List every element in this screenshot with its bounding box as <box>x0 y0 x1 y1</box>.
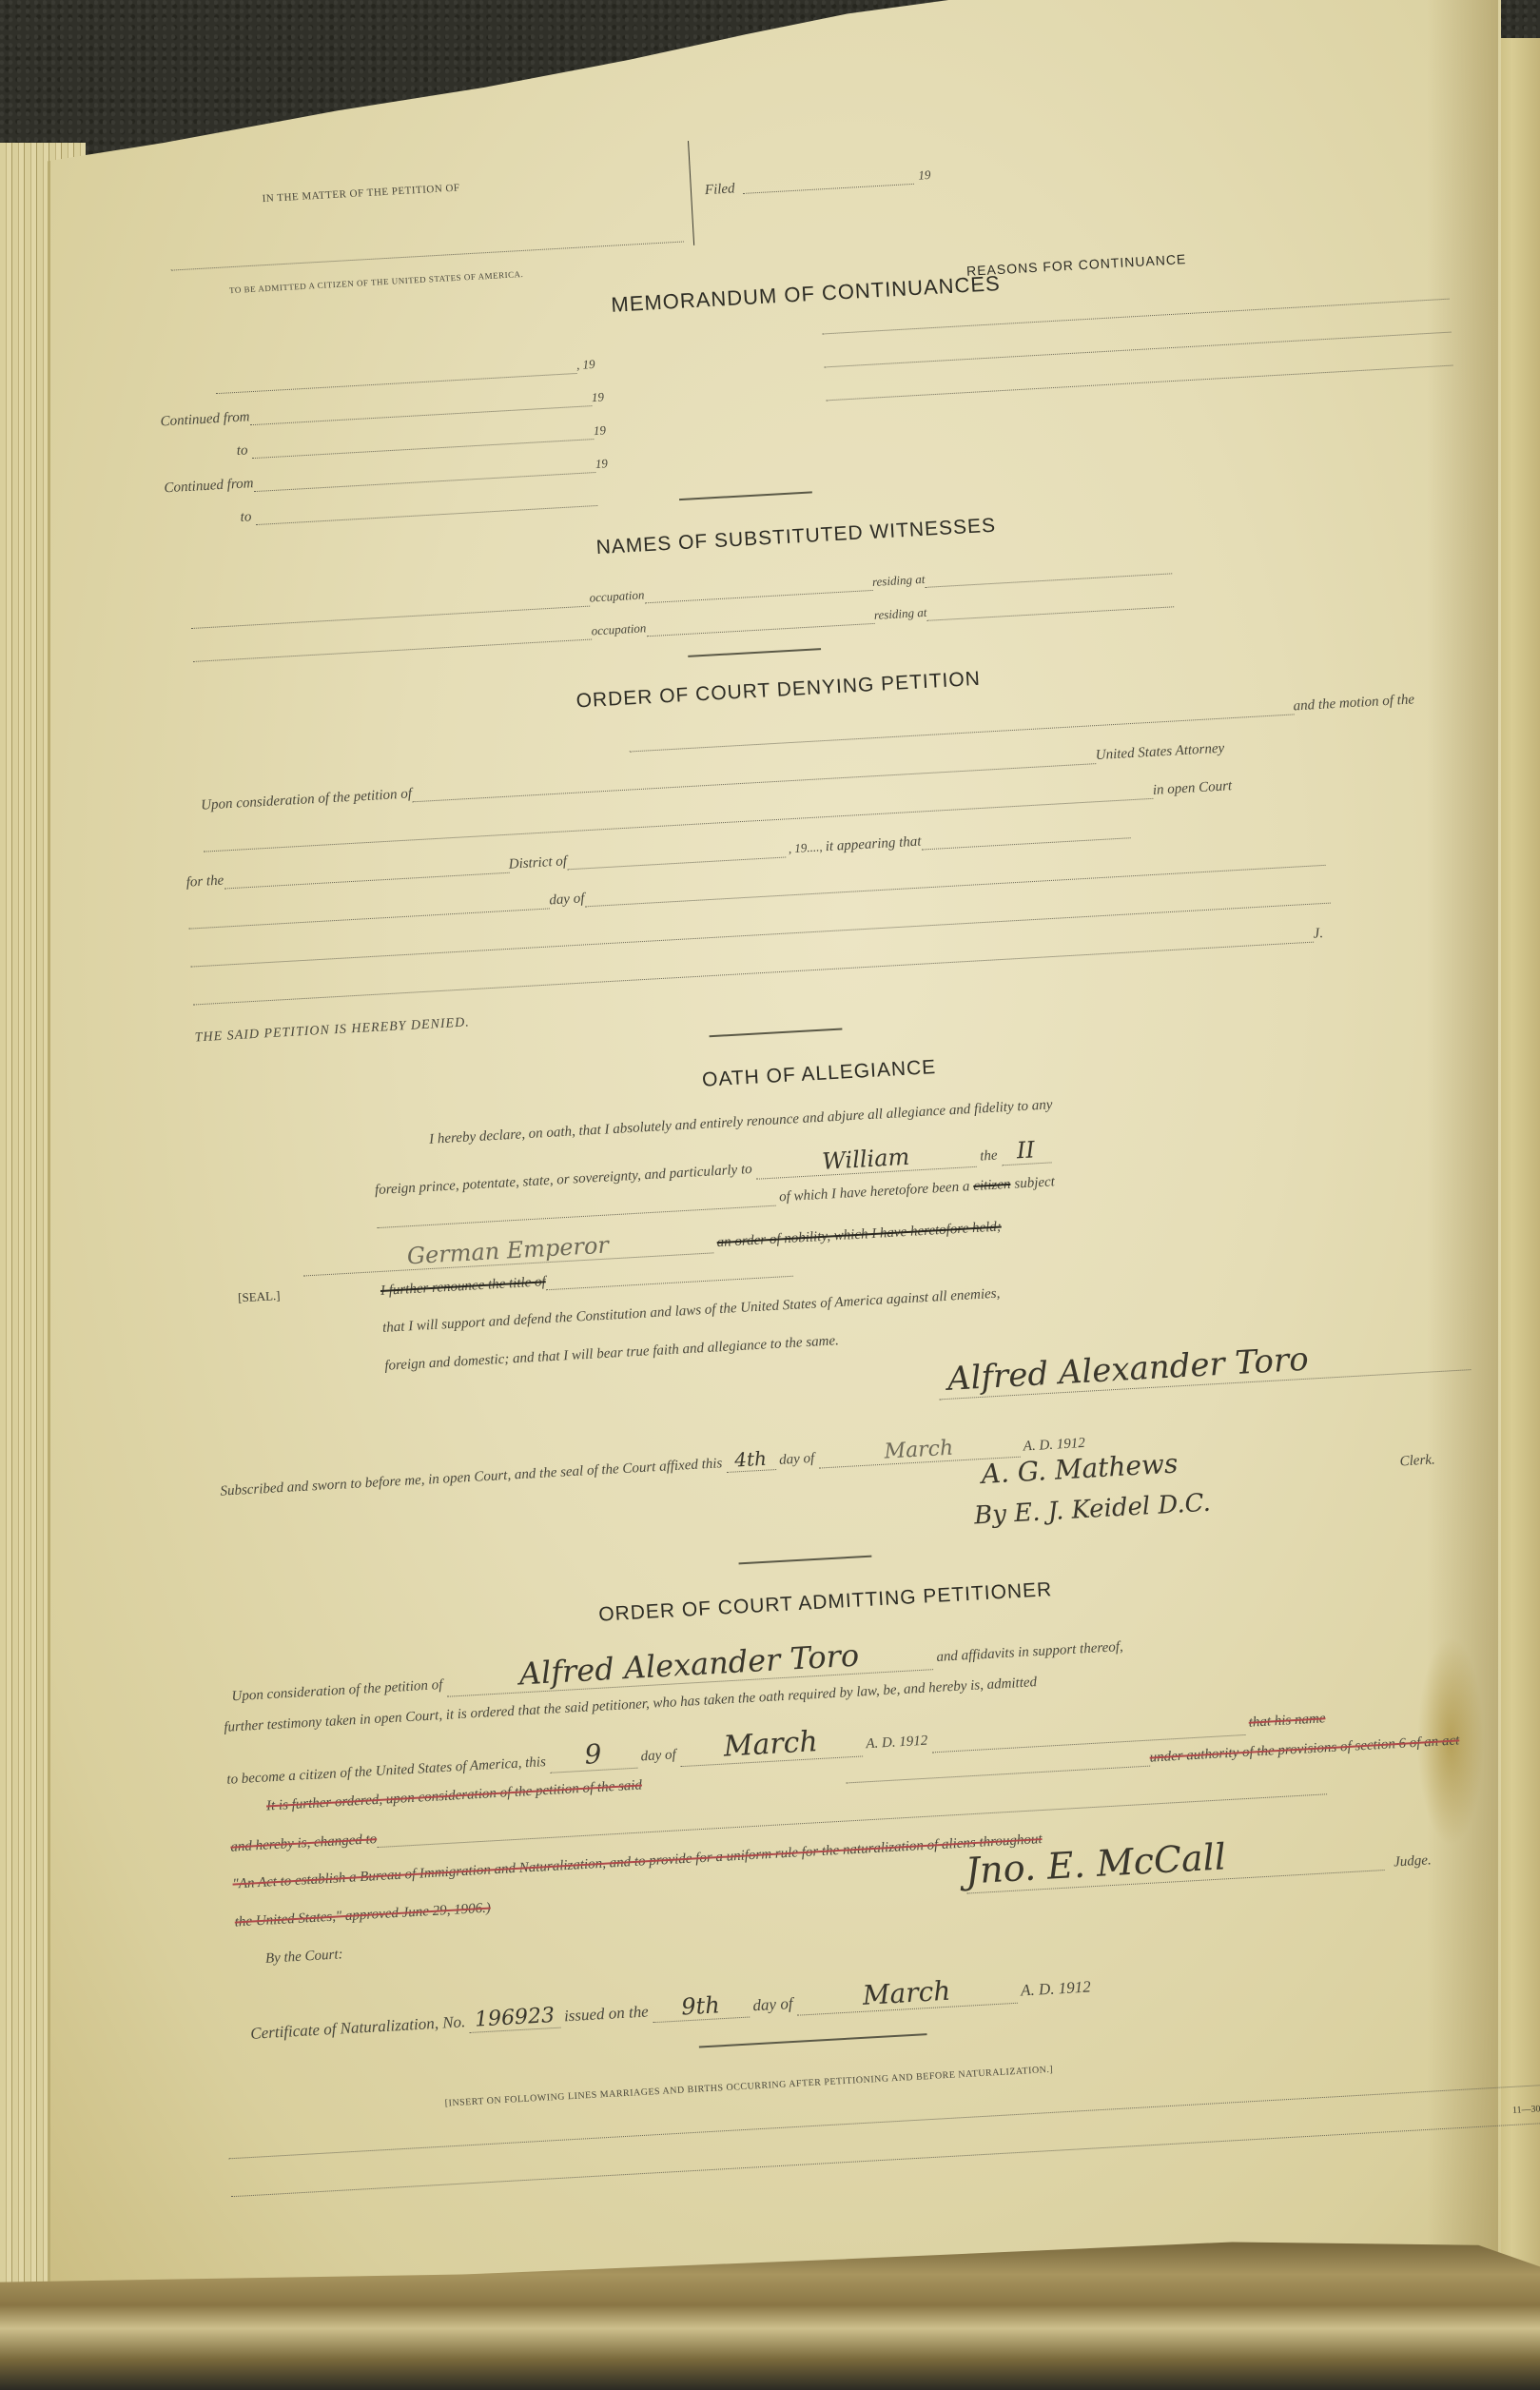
continuance-row: , 19 <box>215 356 595 394</box>
certificate-month-field: March <box>795 1971 1018 2016</box>
petitioner-name-field <box>171 241 684 270</box>
continuance-row: Continued from 19 <box>164 455 608 497</box>
reasons-label: REASONS FOR CONTINUANCE <box>966 251 1187 279</box>
header-bracket <box>688 141 694 245</box>
struck-citizen: citizen <box>973 1177 1011 1194</box>
petitioner-signature: Alfred Alexander Toro <box>946 1341 1310 1399</box>
certificate-number-field: 196923 <box>468 2004 560 2033</box>
witnesses-title: NAMES OF SUBSTITUTED WITNESSES <box>595 515 997 559</box>
memorandum-title: MEMORANDUM OF CONTINUANCES <box>611 271 1002 318</box>
section-divider <box>739 1556 872 1565</box>
filed-label: Filed <box>705 181 736 199</box>
insert-note: [INSERT ON FOLLOWING LINES MARRIAGES AND… <box>444 2065 1053 2109</box>
continuance-row: to 19 <box>162 421 606 463</box>
struck-approval-date: the United States," approved June 29, 19… <box>234 1901 491 1931</box>
sovereign-numeral-field: II <box>1001 1135 1052 1166</box>
petition-label: IN THE MATTER OF THE PETITION OF <box>262 183 459 206</box>
continuance-row: to <box>166 489 597 530</box>
denying-line: day of <box>187 849 1325 930</box>
form-content: IN THE MATTER OF THE PETITION OF TO BE A… <box>143 29 1540 2195</box>
by-the-court: By the Court: <box>265 1947 343 1968</box>
sworn-day-field: 4th <box>725 1446 775 1473</box>
continuance-row: Continued from 19 <box>160 388 604 430</box>
deputy-clerk-signature: By E. J. Keidel D.C. <box>973 1489 1211 1531</box>
admission-day-field: 9 <box>549 1736 638 1773</box>
judge-label: Judge. <box>1394 1852 1432 1871</box>
denied-text: THE SAID PETITION IS HEREBY DENIED. <box>194 1015 470 1046</box>
admission-month-field: March <box>678 1723 863 1768</box>
sovereign-name-field: William <box>755 1140 977 1180</box>
denying-title: ORDER OF COURT DENYING PETITION <box>575 668 981 714</box>
form-number: 11—3047 <box>1512 2104 1540 2116</box>
oath-title: OATH OF ALLEGIANCE <box>702 1056 937 1092</box>
certificate-line: Certificate of Naturalization, No. 19692… <box>249 1967 1091 2046</box>
section-divider <box>679 491 812 500</box>
reason-line <box>826 365 1452 402</box>
seal-label: [SEAL.] <box>238 1288 281 1305</box>
subject-text: subject <box>1014 1174 1055 1191</box>
certificate-day-field: 9th <box>652 1990 750 2024</box>
denying-line <box>190 887 1331 968</box>
section-divider <box>699 2033 927 2047</box>
section-divider <box>710 1028 843 1037</box>
petition-sublabel: TO BE ADMITTED A CITIZEN OF THE UNITED S… <box>229 269 524 295</box>
section-divider <box>688 648 821 657</box>
admitting-title: ORDER OF COURT ADMITTING PETITIONER <box>598 1578 1053 1627</box>
sworn-line: Subscribed and sworn to before me, in op… <box>220 1429 1086 1502</box>
filed-year-prefix: 19 <box>918 167 931 184</box>
filed-date-field <box>743 184 914 194</box>
reason-line <box>823 299 1450 335</box>
oath-line-7: foreign and domestic; and that I will be… <box>384 1333 839 1375</box>
clerk-label: Clerk. <box>1399 1452 1435 1470</box>
denying-line: J. <box>192 925 1324 1005</box>
reason-line <box>824 332 1451 368</box>
